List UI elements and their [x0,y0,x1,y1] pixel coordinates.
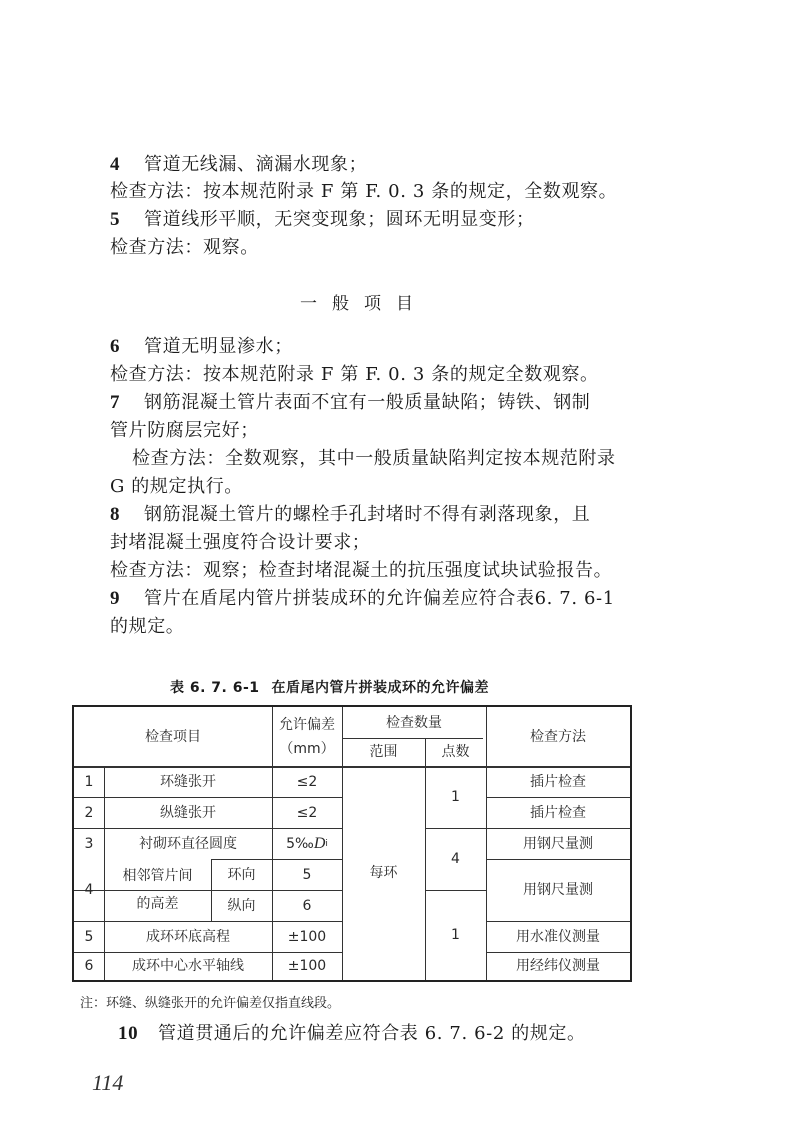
range-merged: 每环 [342,766,425,980]
inspection-method-7-cont: G 的规定执行。 [110,475,243,499]
tolerance-variable: D [314,834,326,854]
paragraph-item-5: 5管道线形平顺，无突变现象；圆环无明显变形； [110,208,535,232]
page-number: 114 [92,1070,123,1096]
item-text: 管道线形平顺，无突变现象；圆环无明显变形； [144,209,535,230]
tolerance-prefix: 5‰ [286,834,314,854]
paragraph-item-7: 7钢筋混凝土管片表面不宜有一般质量缺陷；铸铁、钢制 [110,391,590,415]
row-subitem: 纵向 [211,890,272,921]
row-item: 纵缝张开 [104,797,272,828]
inspection-method-7: 检查方法：全数观察，其中一般质量缺陷判定按本规范附录 [132,447,616,471]
header-quantity: 检查数量 [342,707,486,738]
paragraph-item-8-cont: 封堵混凝土强度符合设计要求； [110,531,370,555]
method-text: 检查方法：观察；检查封堵混凝土的抗压强度试块试验报告。 [110,560,612,581]
item-number: 4 [110,153,132,177]
tolerance-subscript: i [325,834,328,854]
row-tolerance: 5 [272,859,342,890]
row-number: 2 [74,797,104,828]
row-tolerance: ≤2 [272,766,342,797]
row-tolerance: 5‰Di [272,828,342,859]
method-text: 检查方法：全数观察，其中一般质量缺陷判定按本规范附录 [132,448,616,469]
paragraph-item-9: 9管片在盾尾内管片拼装成环的允许偏差应符合表6. 7. 6-1 [110,587,615,611]
item-text: 管片防腐层完好； [110,420,259,441]
points-group: 1 [425,766,486,828]
item-text: 管道无明显渗水； [144,336,293,357]
row-method: 用钢尺量测 [486,859,630,921]
row-method: 用钢尺量测 [486,828,630,859]
points-group: 4 [425,828,486,890]
row-tolerance: ±100 [272,952,342,980]
paragraph-item-6: 6管道无明显渗水； [110,335,293,359]
row-number: 4 [74,859,104,921]
method-text: 检查方法：观察。 [110,237,259,258]
header-points: 点数 [425,738,486,766]
section-title: 一般项目 [300,289,428,314]
item-text: 管道贯通后的允许偏差应符合表 6. 7. 6-2 的规定。 [158,1023,586,1044]
row-item-line2: 的高差 [137,890,179,918]
inspection-method-5: 检查方法：观察。 [110,236,259,260]
header-range: 范围 [342,738,425,766]
item-text: 管片在盾尾内管片拼装成环的允许偏差应符合表6. 7. 6-1 [144,588,615,609]
row-method: 插片检查 [486,797,630,828]
paragraph-item-7-cont: 管片防腐层完好； [110,419,259,443]
inspection-method-4: 检查方法：按本规范附录 F 第 F. 0. 3 条的规定，全数观察。 [110,180,617,204]
item-number: 7 [110,391,132,415]
row-subitem: 环向 [211,859,272,890]
header-tolerance-label: 允许偏差 [279,715,335,735]
item-number: 6 [110,335,132,359]
points-group: 1 [425,890,486,980]
paragraph-item-9-cont: 的规定。 [110,615,184,639]
row-method: 插片检查 [486,766,630,797]
item-number: 8 [110,503,132,527]
table-number: 表 6. 7. 6-1 [170,680,260,696]
row-number: 6 [74,952,104,980]
row-item-line1: 相邻管片间 [123,862,193,890]
table-note: 注：环缝、纵缝张开的允许偏差仅指直线段。 [80,992,340,1011]
row-item: 相邻管片间 的高差 [104,859,211,921]
inspection-method-8: 检查方法：观察；检查封堵混凝土的抗压强度试块试验报告。 [110,559,612,583]
item-text: 的规定。 [110,616,184,637]
table-caption: 表 6. 7. 6-1在盾尾内管片拼装成环的允许偏差 [170,677,489,697]
inspection-method-6: 检查方法：按本规范附录 F 第 F. 0. 3 条的规定全数观察。 [110,363,599,387]
item-number: 10 [118,1022,146,1046]
header-method: 检查方法 [486,707,630,766]
item-text: 管道无线漏、滴漏水现象； [144,154,367,175]
row-item: 环缝张开 [104,766,272,797]
paragraph-item-10: 10管道贯通后的允许偏差应符合表 6. 7. 6-2 的规定。 [118,1022,586,1046]
row-item: 成环环底高程 [104,921,272,952]
row-item: 衬砌环直径圆度 [104,828,272,859]
item-number: 5 [110,208,132,232]
tolerance-table: 检查项目 允许偏差 （mm） 检查数量 范围 点数 检查方法 1 环缝张开 ≤2… [72,705,632,982]
method-text: G 的规定执行。 [110,476,243,497]
row-method: 用水准仪测量 [486,921,630,952]
row-item: 成环中心水平轴线 [104,952,272,980]
row-number: 3 [74,828,104,859]
item-number: 9 [110,587,132,611]
paragraph-item-4: 4管道无线漏、滴漏水现象； [110,153,367,177]
header-tolerance: 允许偏差 （mm） [272,707,342,766]
row-tolerance: ≤2 [272,797,342,828]
row-tolerance: ±100 [272,921,342,952]
row-number: 1 [74,766,104,797]
header-tolerance-unit: （mm） [279,739,334,759]
item-text: 钢筋混凝土管片表面不宜有一般质量缺陷；铸铁、钢制 [144,392,590,413]
paragraph-item-8: 8钢筋混凝土管片的螺栓手孔封堵时不得有剥落现象，且 [110,503,590,527]
header-item: 检查项目 [74,707,272,766]
row-number: 5 [74,921,104,952]
row-method: 用经纬仪测量 [486,952,630,980]
row-tolerance: 6 [272,890,342,921]
method-text: 检查方法：按本规范附录 F 第 F. 0. 3 条的规定全数观察。 [110,364,599,385]
item-text: 钢筋混凝土管片的螺栓手孔封堵时不得有剥落现象，且 [144,504,590,525]
method-text: 检查方法：按本规范附录 F 第 F. 0. 3 条的规定，全数观察。 [110,181,617,202]
table-title: 在盾尾内管片拼装成环的允许偏差 [272,680,490,696]
item-text: 封堵混凝土强度符合设计要求； [110,532,370,553]
